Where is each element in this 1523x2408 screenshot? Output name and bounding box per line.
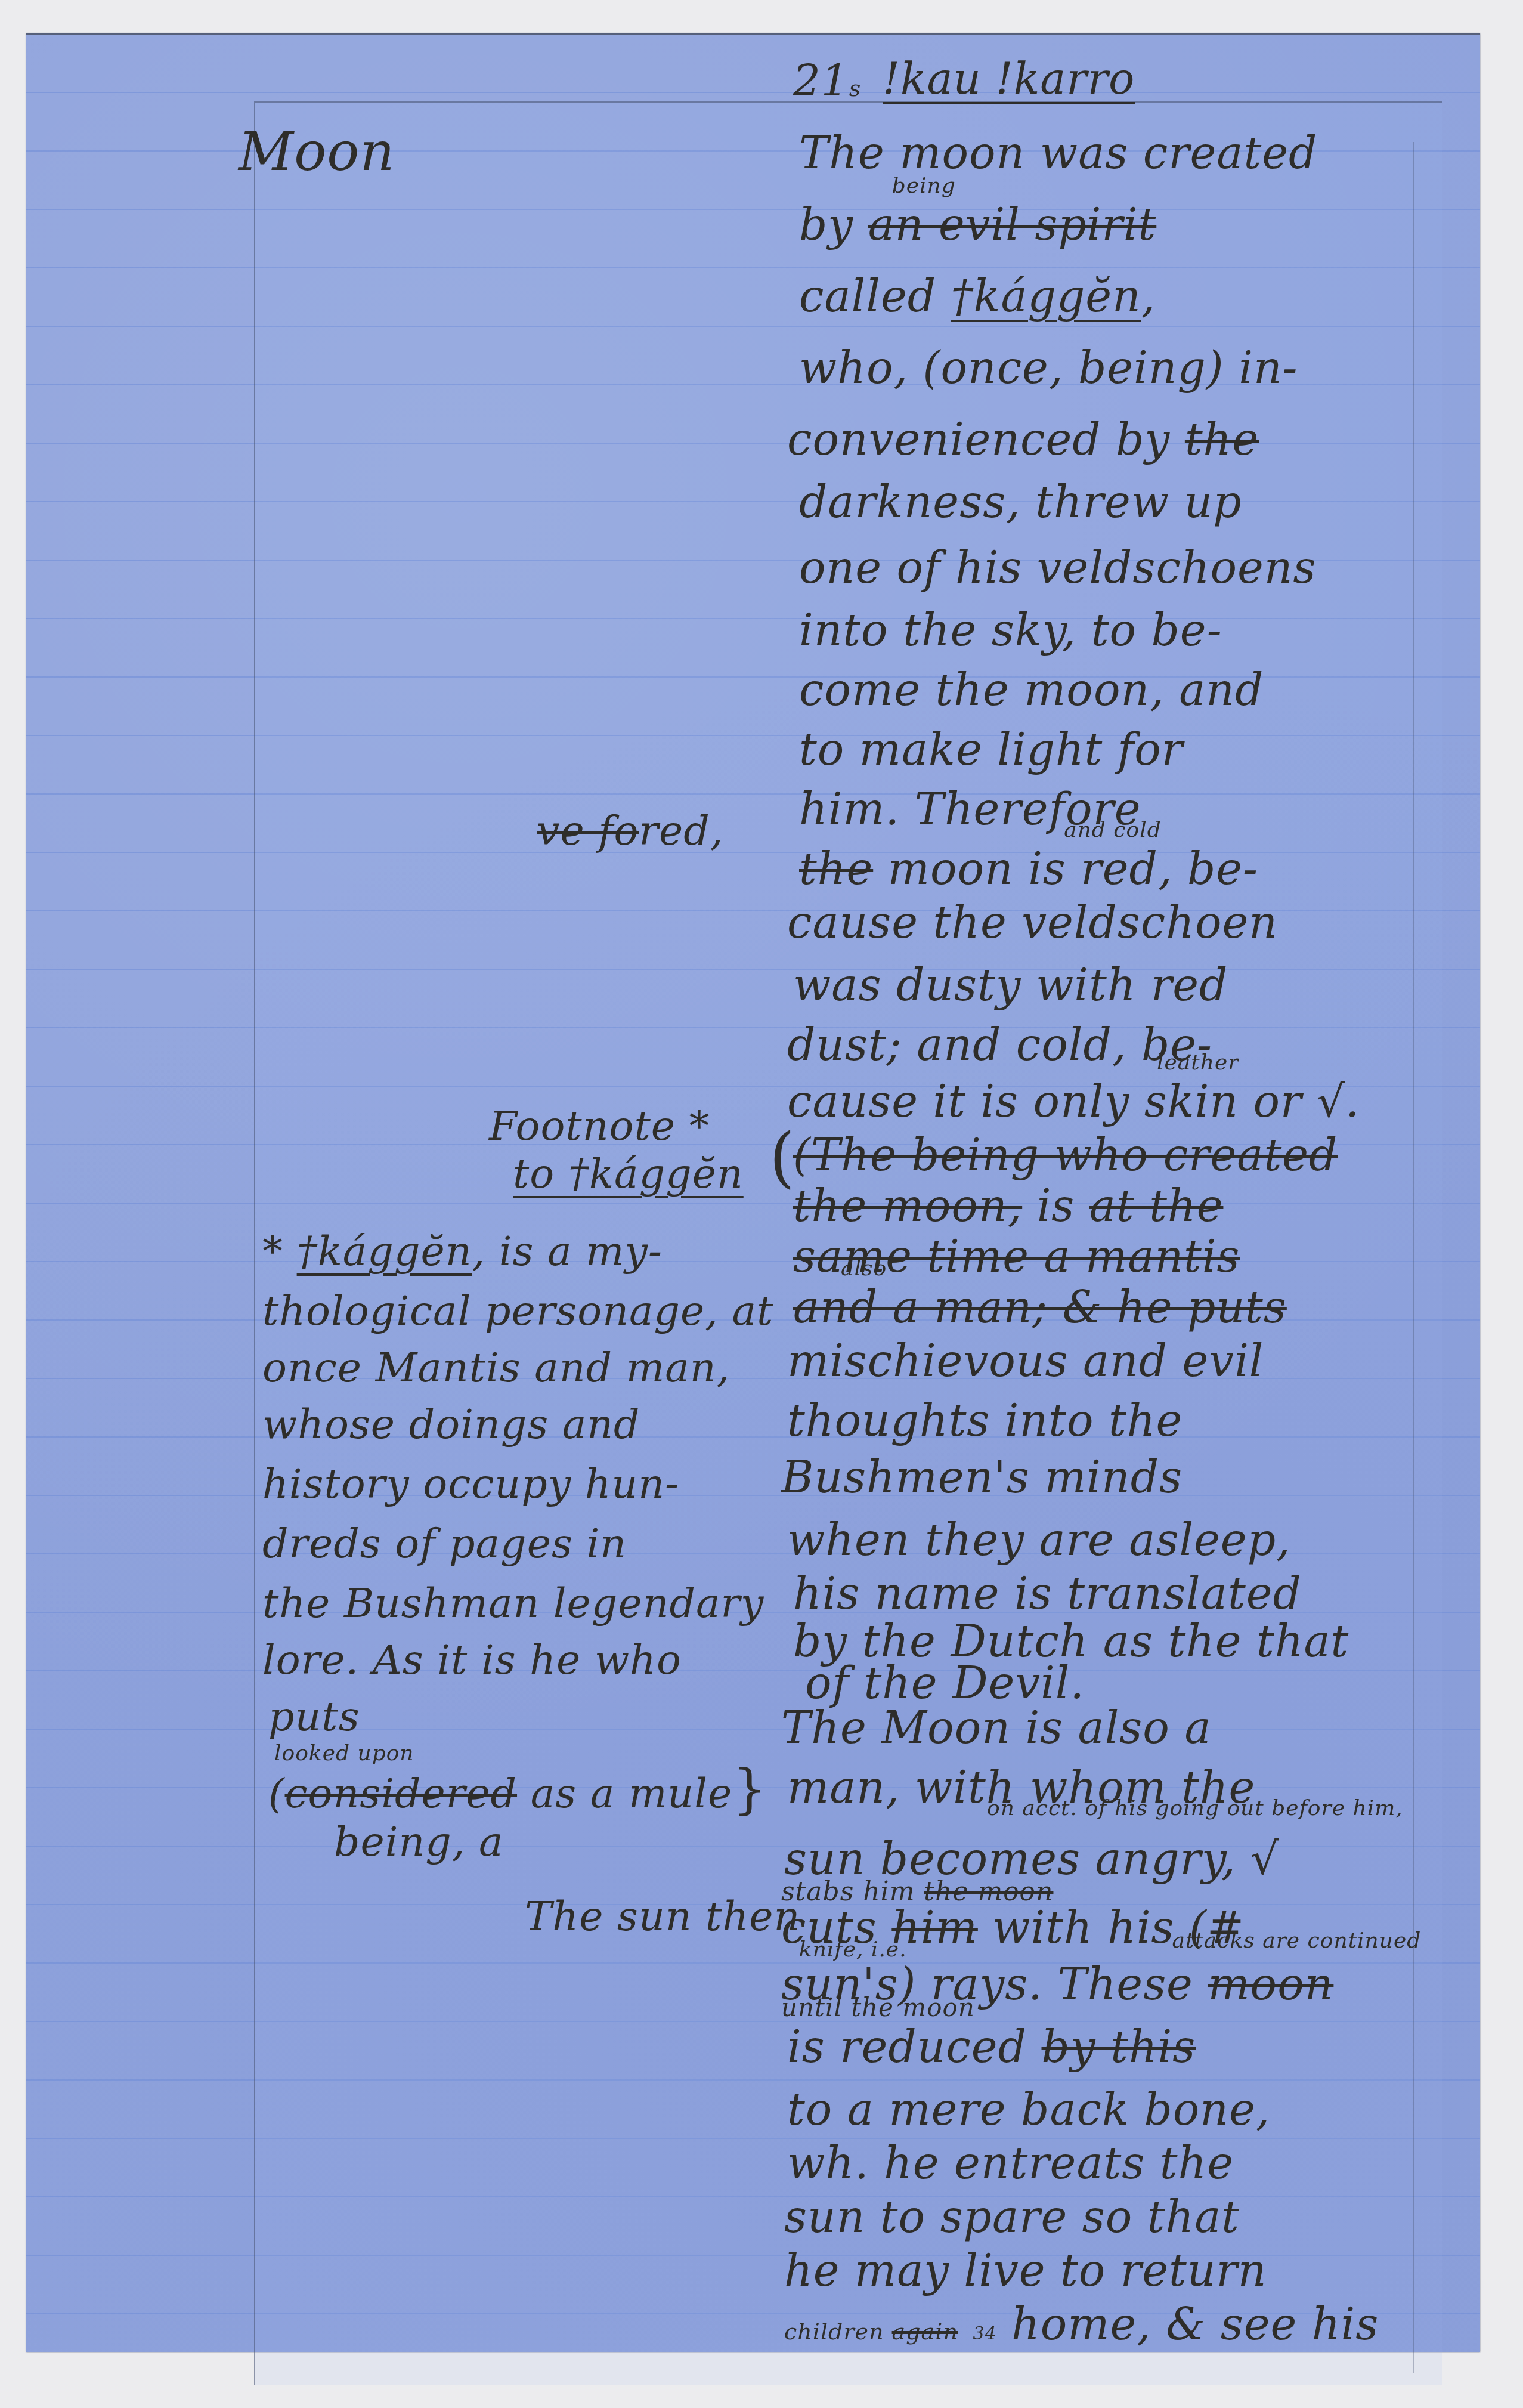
text-line-7: one of his veldschoens (799, 546, 1317, 590)
footnote-line-9: puts (268, 1697, 360, 1738)
footnote-line-2: thological personage, at (262, 1291, 773, 1332)
text-line-1: The moon was created (799, 131, 1317, 175)
text-line-39: he may live to return (784, 2249, 1267, 2293)
text-line-36: to a mere back bone, (787, 2088, 1270, 2132)
margin-red-note: ve fored, (537, 811, 723, 852)
footnote-line-1: * †kággĕn, is a my- (262, 1232, 663, 1272)
text-line-2: by beingan evil spirit (799, 203, 1156, 247)
open-bracket: ( (769, 1124, 795, 1190)
footnote-label-1: Footnote * (489, 1106, 710, 1147)
text-line-37: wh. he entreats the (787, 2141, 1234, 2186)
footnote-line-5: history occupy hun- (262, 1464, 679, 1505)
text-line-13: cause the veldschoen (787, 901, 1278, 945)
story-title: !kau !karro (883, 57, 1135, 100)
text-line-9: come the moon, and (799, 668, 1264, 712)
margin-title: Moon (239, 125, 395, 179)
text-line-25: his name is translated (793, 1572, 1302, 1616)
footnote-label-2: to †kággĕn (513, 1154, 744, 1195)
text-line-5: convenienced by the (787, 418, 1259, 462)
text-line-12: theand cold moon is red, be- (799, 847, 1258, 891)
text-line-6: darkness, threw up (799, 480, 1242, 524)
text-line-31: stabs him the moon (781, 1879, 1053, 1905)
slip-edge (1413, 142, 1414, 2373)
text-line-20: alsoand a man; & he puts (793, 1285, 1287, 1330)
text-line-40: children again 34 home, & see his (784, 2302, 1379, 2347)
text-line-26: by the Dutch as the that (793, 1619, 1349, 1664)
sun-note: The sun then (525, 1897, 800, 1937)
page-reference: 21s (793, 60, 861, 103)
text-line-23: Bushmen's minds (781, 1455, 1183, 1500)
text-line-21: mischievous and evil (787, 1339, 1264, 1383)
text-line-14: was dusty with red (793, 963, 1228, 1007)
footnote-line-4: whose doings and (262, 1405, 640, 1445)
text-line-27: of the Devil. (805, 1661, 1085, 1705)
footnote-line-6: dreds of pages in (262, 1524, 627, 1565)
text-line-30: on acct. of his going out before him,sun… (784, 1837, 1279, 1881)
text-line-34: until the moon (781, 1995, 975, 2020)
text-line-18: the moon, is at the (793, 1184, 1223, 1228)
text-line-3: called †kággĕn, (799, 274, 1156, 319)
text-line-28: The Moon is also a (781, 1706, 1212, 1750)
text-line-35: is reduced by this (787, 2025, 1196, 2069)
text-line-38: sun to spare so that (784, 2195, 1240, 2239)
text-line-8: into the sky, to be- (799, 608, 1222, 653)
text-line-24: when they are asleep, (787, 1518, 1291, 1562)
footnote-line-3: once Mantis and man, (262, 1348, 730, 1389)
text-line-4: who, (once, being) in- (799, 346, 1298, 390)
text-line-10: to make light for (799, 728, 1183, 772)
text-line-15: dust; and cold, be- (787, 1023, 1212, 1067)
text-line-17: (The being who created (793, 1133, 1338, 1177)
mule-note-line-1: looked upon(considered as a mule} (268, 1763, 767, 1816)
text-line-22: thoughts into the (787, 1399, 1183, 1443)
footnote-line-8: lore. As it is he who (262, 1640, 682, 1681)
mule-note-line-2: being, a (334, 1822, 504, 1863)
text-line-16: leathercause it is only skin or √. (787, 1080, 1360, 1124)
footnote-line-7: the Bushman legendary (262, 1584, 764, 1624)
